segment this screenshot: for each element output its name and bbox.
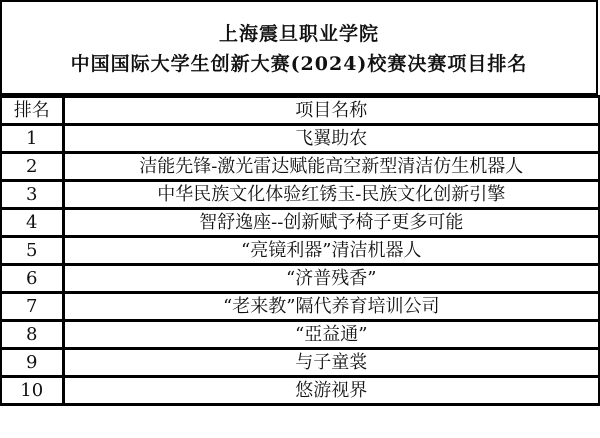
project-name-cell: 洁能先锋-激光雷达赋能高空新型清洁仿生机器人 [63, 153, 599, 181]
table-row: 5 “亮镜利器”清洁机器人 [1, 237, 599, 265]
rank-cell: 9 [1, 349, 63, 377]
project-name-cell: “老来教”隔代养育培训公司 [63, 293, 599, 321]
table-row: 2 洁能先锋-激光雷达赋能高空新型清洁仿生机器人 [1, 153, 599, 181]
table-row: 8 “亞益通” [1, 321, 599, 349]
table-row: 6 “济普残香” [1, 265, 599, 293]
project-name-cell: 飞翼助农 [63, 125, 599, 153]
title-block: 上海震旦职业学院 中国国际大学生创新大赛(2024)校赛决赛项目排名 [0, 0, 598, 96]
ranking-table: 排名 项目名称 1 飞翼助农 2 洁能先锋-激光雷达赋能高空新型清洁仿生机器人 … [0, 95, 600, 406]
rank-cell: 4 [1, 209, 63, 237]
project-name-cell: 智舒逸座--创新赋予椅子更多可能 [63, 209, 599, 237]
rank-cell: 2 [1, 153, 63, 181]
rank-cell: 6 [1, 265, 63, 293]
project-name-cell: “亮镜利器”清洁机器人 [63, 237, 599, 265]
rank-cell: 3 [1, 181, 63, 209]
rank-cell: 8 [1, 321, 63, 349]
table-row: 4 智舒逸座--创新赋予椅子更多可能 [1, 209, 599, 237]
header-row: 排名 项目名称 [1, 97, 599, 125]
header-project-name: 项目名称 [63, 97, 599, 125]
rank-cell: 7 [1, 293, 63, 321]
header-rank: 排名 [1, 97, 63, 125]
project-name-cell: 中华民族文化体验红锈玉-民族文化创新引擎 [63, 181, 599, 209]
project-name-cell: “亞益通” [63, 321, 599, 349]
competition-title: 中国国际大学生创新大赛(2024)校赛决赛项目排名 [71, 49, 528, 79]
project-name-cell: 悠游视界 [63, 377, 599, 405]
table-row: 3 中华民族文化体验红锈玉-民族文化创新引擎 [1, 181, 599, 209]
table-row: 9 与子童裳 [1, 349, 599, 377]
table-row: 7 “老来教”隔代养育培训公司 [1, 293, 599, 321]
table-row: 10 悠游视界 [1, 377, 599, 405]
institution-title: 上海震旦职业学院 [219, 19, 379, 49]
project-name-cell: 与子童裳 [63, 349, 599, 377]
rank-cell: 5 [1, 237, 63, 265]
project-name-cell: “济普残香” [63, 265, 599, 293]
table-row: 1 飞翼助农 [1, 125, 599, 153]
ranking-sheet: 上海震旦职业学院 中国国际大学生创新大赛(2024)校赛决赛项目排名 排名 项目… [0, 0, 600, 438]
rank-cell: 1 [1, 125, 63, 153]
rank-cell: 10 [1, 377, 63, 405]
